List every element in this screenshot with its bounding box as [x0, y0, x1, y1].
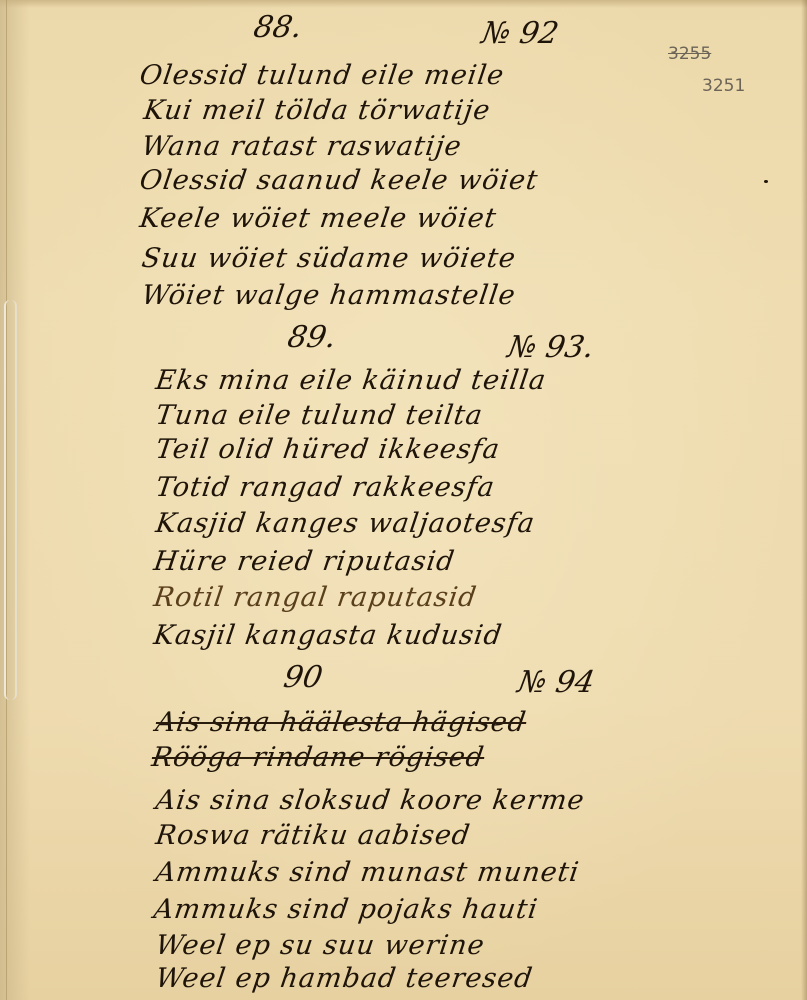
verse-line: Eks mina eile käinud teilla: [154, 365, 549, 396]
verse-line: Keele wöiet meele wöiet: [138, 203, 499, 234]
verse-line: Roswa rätiku aabised: [154, 820, 473, 851]
verse-line: Wöiet walge hammastelle: [140, 280, 518, 311]
song-catalog-number: № 93.: [505, 330, 597, 365]
verse-line: Kasjid kanges waljaotesfa: [154, 508, 537, 539]
verse-line: Olessid tulund eile meile: [138, 60, 506, 91]
verse-line: Weel ep hambad teeresed: [154, 963, 535, 994]
verse-line: Kasjil kangasta kudusid: [152, 620, 505, 651]
song-number: 88.: [251, 10, 305, 45]
ink-spot: [764, 180, 768, 183]
verse-line: Weel ep su suu werine: [154, 930, 487, 961]
verse-line: Rotil rangal raputasid: [152, 582, 479, 613]
manuscript-page: 3255 3251 88. № 92 Olessid tulund eile m…: [0, 0, 807, 1000]
song-catalog-number: № 92: [479, 16, 561, 51]
page-top-shadow: [0, 0, 807, 8]
verse-line: Suu wöiet südame wöiete: [140, 243, 518, 274]
verse-line: Ammuks sind pojaks hauti: [152, 894, 540, 925]
verse-line: Ais sina sloksud koore kerme: [154, 785, 587, 816]
song-number: 90: [281, 660, 325, 695]
verse-line-struck: Rööga rindane rögised: [150, 742, 487, 773]
binding-thread: [4, 300, 17, 700]
verse-line: Teil olid hüred ikkeesfa: [154, 434, 502, 465]
verse-line: Totid rangad rakkeesfa: [154, 472, 497, 503]
verse-line: Olessid saanud keele wöiet: [138, 165, 540, 196]
archive-number: 3251: [702, 76, 745, 96]
verse-line-struck: Ais sina häälesta hägised: [154, 707, 529, 738]
verse-line: Kui meil tölda törwatije: [142, 95, 493, 126]
verse-line: Hüre reied riputasid: [152, 546, 457, 577]
song-catalog-number: № 94: [515, 665, 597, 700]
page-right-edge: [801, 0, 807, 1000]
song-number: 89.: [285, 320, 339, 355]
verse-line: Tuna eile tulund teilta: [154, 400, 485, 431]
archive-number-crossed-out: 3255: [668, 44, 711, 64]
verse-line: Ammuks sind munast muneti: [154, 857, 582, 888]
verse-line: Wana ratast raswatije: [140, 131, 464, 162]
